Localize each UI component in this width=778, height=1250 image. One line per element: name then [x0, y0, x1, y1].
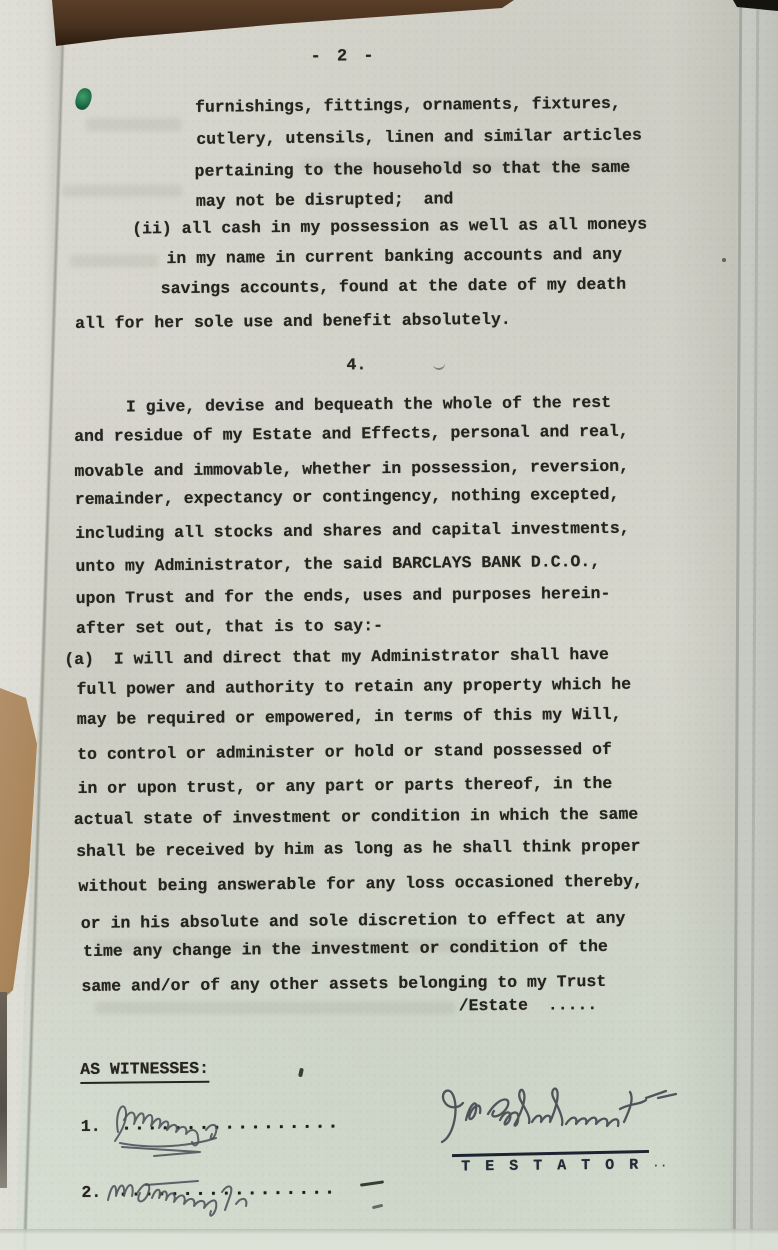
para4-line: shall be received by him as long as he s… — [76, 837, 641, 862]
witness2-number: 2. — [81, 1183, 101, 1203]
catchword: /Estate ..... — [459, 995, 598, 1016]
clause3-line: may not be disrupted; and — [196, 189, 454, 211]
clause3-line: cutlery, utensils, linen and similar art… — [196, 126, 642, 150]
item-ii-line: (ii) all cash in my possession as well a… — [132, 215, 647, 240]
stray-mark: ·· — [652, 1158, 668, 1173]
section-heading: 4. — [346, 355, 366, 375]
para4-line: including all stocks and shares and capi… — [75, 519, 630, 544]
para4-line: without being answerable for any loss oc… — [78, 872, 643, 897]
para4-line: remainder, expectancy or contingency, no… — [75, 485, 620, 510]
para4-line: I give, devise and bequeath the whole of… — [126, 393, 611, 418]
page-number: - 2 - — [310, 47, 376, 68]
item-ii-line: savings accounts, found at the date of m… — [161, 275, 627, 299]
item-ii-line: in my name in current banking accounts a… — [166, 245, 622, 269]
para4-line: may be required or empowered, in terms o… — [77, 705, 622, 730]
para4-line: and residue of my Estate and Effects, pe… — [74, 422, 629, 447]
para4-line: after set out, that is to say:- — [76, 616, 383, 639]
witness1-signature — [104, 1086, 339, 1158]
para4-line: unto my Administrator, the said BARCLAYS… — [75, 552, 600, 577]
witness2-signature — [100, 1156, 325, 1222]
clause3-line: pertaining to the household so that the … — [195, 158, 631, 182]
clause3-line: furnishings, fittings, ornaments, fixtur… — [195, 94, 621, 118]
para4-line: upon Trust and for the ends, uses and pu… — [76, 584, 611, 609]
witnesses-heading-text: AS WITNESSES: — [80, 1059, 209, 1084]
witness1-number: 1. — [81, 1117, 101, 1137]
clause3-closing: all for her sole use and benefit absolut… — [75, 310, 511, 334]
testator-signature — [428, 1078, 688, 1160]
para4-line: in or upon trust, or any part or parts t… — [77, 774, 612, 799]
para4-line: or in his absolute and sole discretion t… — [81, 909, 626, 934]
para4-line: (a) I will and direct that my Administra… — [64, 645, 609, 670]
para4-line: to control or administer or hold or stan… — [77, 740, 612, 765]
para4-line: movable and immovable, whether in posses… — [74, 457, 629, 482]
para4-line: same and/or of any other assets belongin… — [81, 972, 606, 997]
typed-text-layer: - 2 - furnishings, fittings, ornaments, … — [0, 0, 778, 1250]
scanned-will-page: - 2 - furnishings, fittings, ornaments, … — [0, 0, 778, 1250]
para4-line: full power and authority to retain any p… — [77, 675, 632, 700]
para4-line: time any change in the investment or con… — [83, 937, 608, 962]
witnesses-heading: AS WITNESSES: — [80, 1059, 209, 1080]
para4-line: actual state of investment or condition … — [74, 805, 639, 830]
